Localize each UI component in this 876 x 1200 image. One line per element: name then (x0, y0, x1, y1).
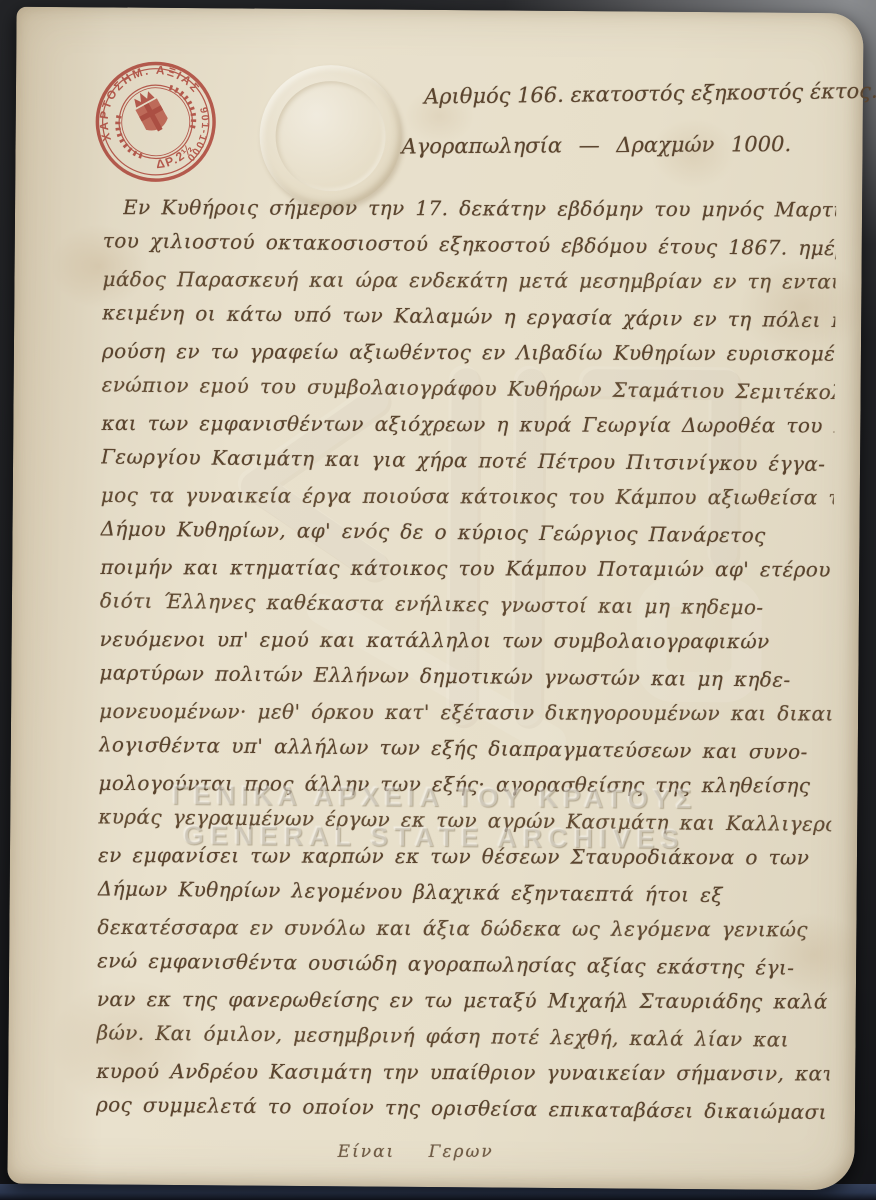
embossed-seal (259, 65, 402, 208)
manuscript-line: Δήμου Κυθηρίων, αφ' ενός δε ο κύριος Γεώ… (100, 510, 833, 554)
manuscript-line: διότι Έλληνες καθέκαστα ενήλικες γνωστοί… (100, 582, 833, 626)
manuscript-line: Δήμων Κυθηρίων λεγομένου βλαχικά εξηνταε… (98, 870, 831, 914)
manuscript-line: ενώπιον εμού του συμβολαιογράφου Κυθήρων… (101, 366, 834, 410)
manuscript-line: κυρού Ανδρέου Κασιμάτη την υπαίθριον γυν… (96, 1053, 829, 1092)
manuscript-line: νευόμενοι υπ' εμού και κατάλληλοι των συ… (100, 621, 833, 660)
manuscript-line: μολογούνται προς άλλην των εξής· αγορασθ… (98, 765, 831, 804)
manuscript-line: κειμένη οι κάτω υπό των Καλαμών η εργασί… (102, 294, 835, 338)
manuscript-line: βών. Και όμιλον, μεσημβρινή φάση ποτέ λε… (96, 1014, 829, 1058)
document-paper: ΧΑΡΤΟΣΗΜ. ΑΞΙΑΣ 901-1000 ΔΡ.2½ Αριθμός 1… (7, 7, 863, 1191)
manuscript-line: Γεωργίου Κασιμάτη και για χήρα ποτέ Πέτρ… (101, 438, 834, 482)
manuscript-line: μονευομένων· μεθ' όρκου κατ' εξέτασιν δι… (99, 693, 832, 732)
manuscript-line: μος τα γυναικεία έργα ποιούσα κάτοικος τ… (101, 477, 834, 516)
embossed-seal-inner-ring (275, 81, 386, 192)
manuscript-line: του χιλιοστού οκτακοσιοστού εξηκοστού εβ… (103, 222, 836, 266)
footer-note: Είναι Γερων (338, 1142, 494, 1162)
manuscript-line: ρος συμμελετά το οποίον της ορισθείσα επ… (96, 1086, 829, 1130)
manuscript-line: μαρτύρων πολιτών Ελλήνων δημοτικών γνωστ… (99, 654, 832, 698)
manuscript-line: λογισθέντα υπ' αλλήλων των εξής διαπραγμ… (99, 726, 832, 770)
heading-deed-number: Αριθμός 166. εκατοστός εξηκοστός έκτος. (424, 79, 876, 109)
manuscript-line: δεκατέσσαρα εν συνόλω και άξια δώδεκα ως… (97, 909, 830, 948)
heading-deed-subject: Αγοραπωλησία — Δραχμών 1000. (401, 132, 791, 158)
manuscript-line: ενώ εμφανισθέντα ουσιώδη αγοραπωλησίας α… (97, 942, 830, 986)
manuscript-line: κυράς γεγραμμένων έργων εκ των αγρών Κασ… (98, 798, 831, 842)
manuscript-line: εν εμφανίσει των καρπών εκ των θέσεων Στ… (98, 837, 831, 876)
manuscript-line: ναν εκ της φανερωθείσης εν τω μεταξύ Μιχ… (97, 981, 830, 1020)
manuscript-line: μάδος Παρασκευή και ώρα ενδεκάτη μετά με… (102, 261, 835, 300)
manuscript-body: Εν Κυθήροις σήμερον την 17. δεκάτην εβδό… (96, 187, 836, 1129)
manuscript-line: και των εμφανισθέντων αξιόχρεων η κυρά Γ… (101, 405, 834, 444)
manuscript-line: ποιμήν και κτηματίας κάτοικος του Κάμπου… (100, 549, 833, 588)
manuscript-line: ρούση εν τω γραφείω αξιωθέντος εν Λιβαδί… (102, 333, 835, 372)
manuscript-line: Εν Κυθήροις σήμερον την 17. δεκάτην εβδό… (123, 189, 836, 227)
